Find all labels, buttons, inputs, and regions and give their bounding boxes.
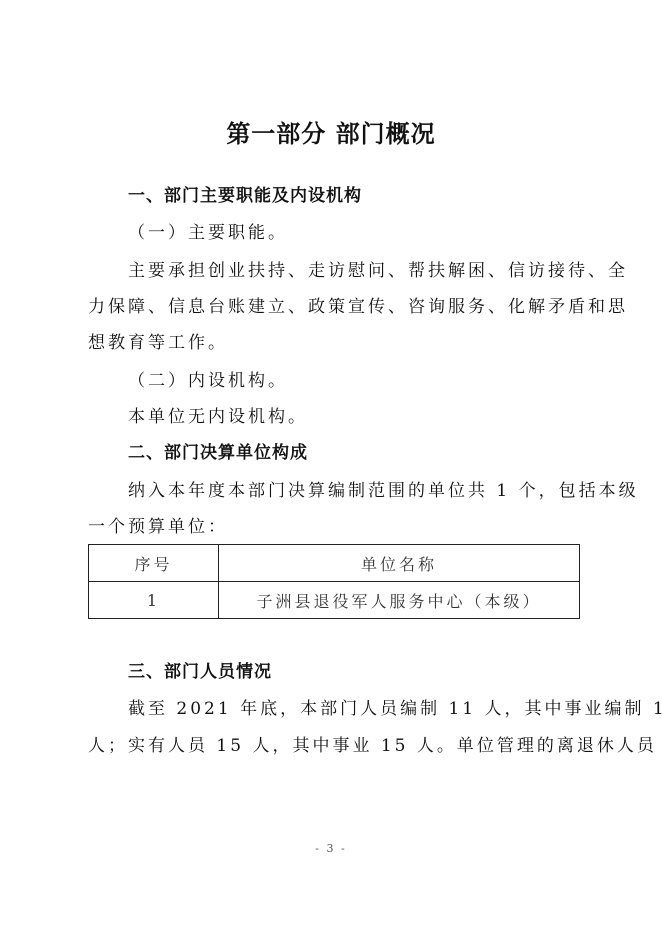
paragraph-line: 人；实有人员 15 人，其中事业 15 人。单位管理的离退休人员 [88, 731, 657, 756]
column-header-unit-name: 单位名称 [219, 545, 580, 582]
paragraph-line: 主要承担创业扶持、走访慰问、帮扶解困、信访接待、全 [128, 256, 628, 281]
paragraph-line: 截至 2021 年底，本部门人员编制 11 人，其中事业编制 11 [128, 694, 662, 719]
subheading-internal-structure: （二）内设机构。 [128, 366, 288, 391]
section-heading-2: 二、部门决算单位构成 [128, 438, 308, 463]
cell-index: 1 [89, 582, 219, 619]
paragraph-line: 本单位无内设机构。 [128, 402, 308, 427]
page-number: - 3 - [0, 842, 662, 855]
section-heading-1: 一、部门主要职能及内设机构 [128, 181, 362, 206]
paragraph-line: 一个预算单位： [88, 512, 228, 537]
budget-unit-table: 序号 单位名称 1 子洲县退役军人服务中心（本级） [88, 544, 580, 619]
section-heading-3: 三、部门人员情况 [128, 657, 272, 682]
cell-unit-name: 子洲县退役军人服务中心（本级） [219, 582, 580, 619]
table-header-row: 序号 单位名称 [89, 545, 580, 582]
table-row: 1 子洲县退役军人服务中心（本级） [89, 582, 580, 619]
page-title: 第一部分 部门概况 [0, 114, 662, 149]
column-header-index: 序号 [89, 545, 219, 582]
paragraph-line: 纳入本年度本部门决算编制范围的单位共 1 个，包括本级 [128, 476, 639, 501]
subheading-main-functions: （一）主要职能。 [128, 218, 288, 243]
paragraph-line: 想教育等工作。 [88, 328, 228, 353]
paragraph-line: 力保障、信息台账建立、政策宣传、咨询服务、化解矛盾和思 [88, 292, 628, 317]
